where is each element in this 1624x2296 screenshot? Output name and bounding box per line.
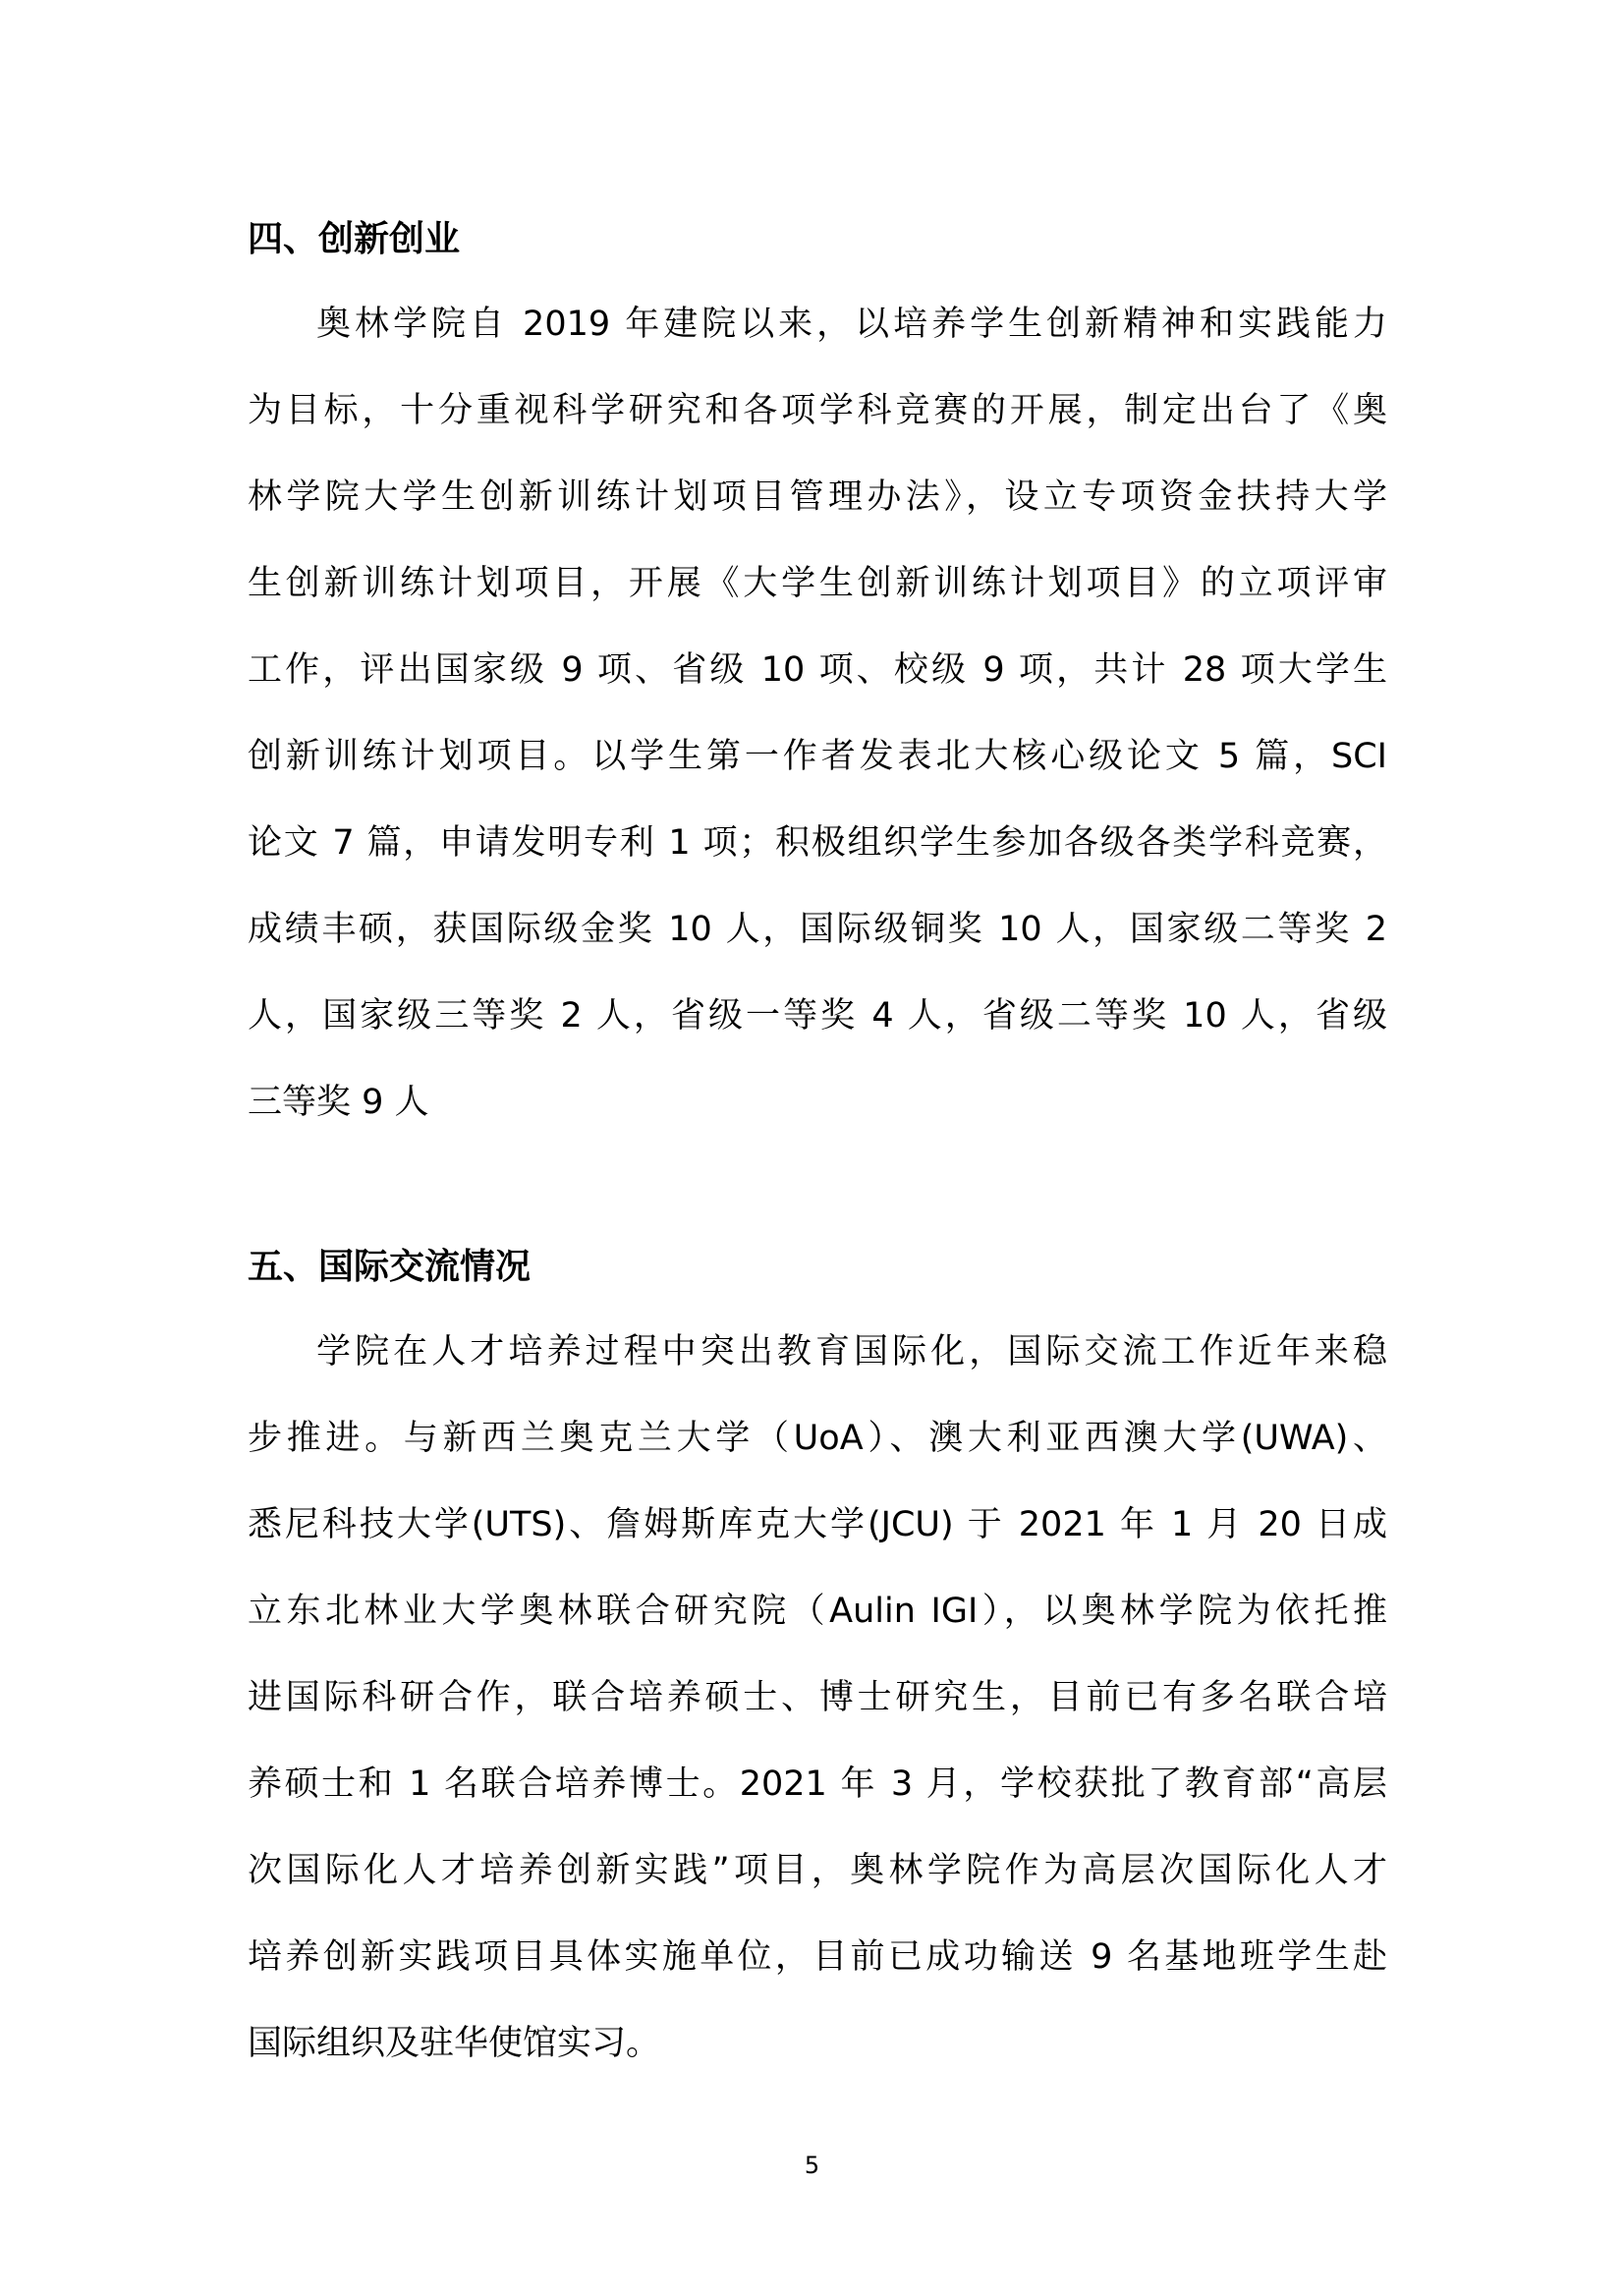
paragraph-line: 国际组织及驻华使馆实习。 xyxy=(248,2022,1387,2065)
paragraph-line: 步推进。与新西兰奥克兰大学（UoA）、澳大利亚西澳大学(UWA)、 xyxy=(248,1417,1387,1460)
paragraph-line: 人，国家级三等奖 2 人，省级一等奖 4 人，省级二等奖 10 人，省级 xyxy=(248,994,1387,1037)
paragraph-line: 论文 7 篇，申请发明专利 1 项；积极组织学生参加各级各类学科竞赛， xyxy=(248,821,1387,865)
paragraph-line: 林学院大学生创新训练计划项目管理办法》，设立专项资金扶持大学 xyxy=(248,476,1387,519)
paragraph-line: 次国际化人才培养创新实践”项目，奥林学院作为高层次国际化人才 xyxy=(248,1849,1387,1892)
page-number: 5 xyxy=(0,2152,1624,2179)
paragraph-line: 进国际科研合作，联合培养硕士、博士研究生，目前已有多名联合培 xyxy=(248,1676,1387,1719)
paragraph-line: 立东北林业大学奥林联合研究院（Aulin IGI），以奥林学院为依托推 xyxy=(248,1590,1387,1633)
paragraph-line: 悉尼科技大学(UTS)、詹姆斯库克大学(JCU) 于 2021 年 1 月 20… xyxy=(248,1503,1387,1546)
paragraph-line: 成绩丰硕，获国际级金奖 10 人，国际级铜奖 10 人，国家级二等奖 2 xyxy=(248,908,1387,951)
paragraph-line: 工作，评出国家级 9 项、省级 10 项、校级 9 项，共计 28 项大学生 xyxy=(248,648,1387,692)
section-heading-innovation: 四、创新创业 xyxy=(248,218,460,261)
paragraph-line: 为目标，十分重视科学研究和各项学科竞赛的开展，制定出台了《奥 xyxy=(248,389,1387,432)
paragraph-line: 培养创新实践项目具体实施单位，目前已成功输送 9 名基地班学生赴 xyxy=(248,1935,1387,1979)
document-page: 四、创新创业 奥林学院自 2019 年建院以来，以培养学生创新精神和实践能力 为… xyxy=(0,0,1624,2296)
paragraph-line: 创新训练计划项目。以学生第一作者发表北大核心级论文 5 篇，SCI xyxy=(248,735,1387,778)
paragraph-line: 奥林学院自 2019 年建院以来，以培养学生创新精神和实践能力 xyxy=(316,303,1387,346)
paragraph-line: 学院在人才培养过程中突出教育国际化，国际交流工作近年来稳 xyxy=(316,1330,1387,1373)
paragraph-line: 养硕士和 1 名联合培养博士。2021 年 3 月，学校获批了教育部“高层 xyxy=(248,1763,1387,1806)
paragraph-line: 生创新训练计划项目，开展《大学生创新训练计划项目》的立项评审 xyxy=(248,562,1387,605)
section-heading-international-exchange: 五、国际交流情况 xyxy=(248,1246,531,1289)
paragraph-line: 三等奖 9 人 xyxy=(248,1081,1387,1124)
